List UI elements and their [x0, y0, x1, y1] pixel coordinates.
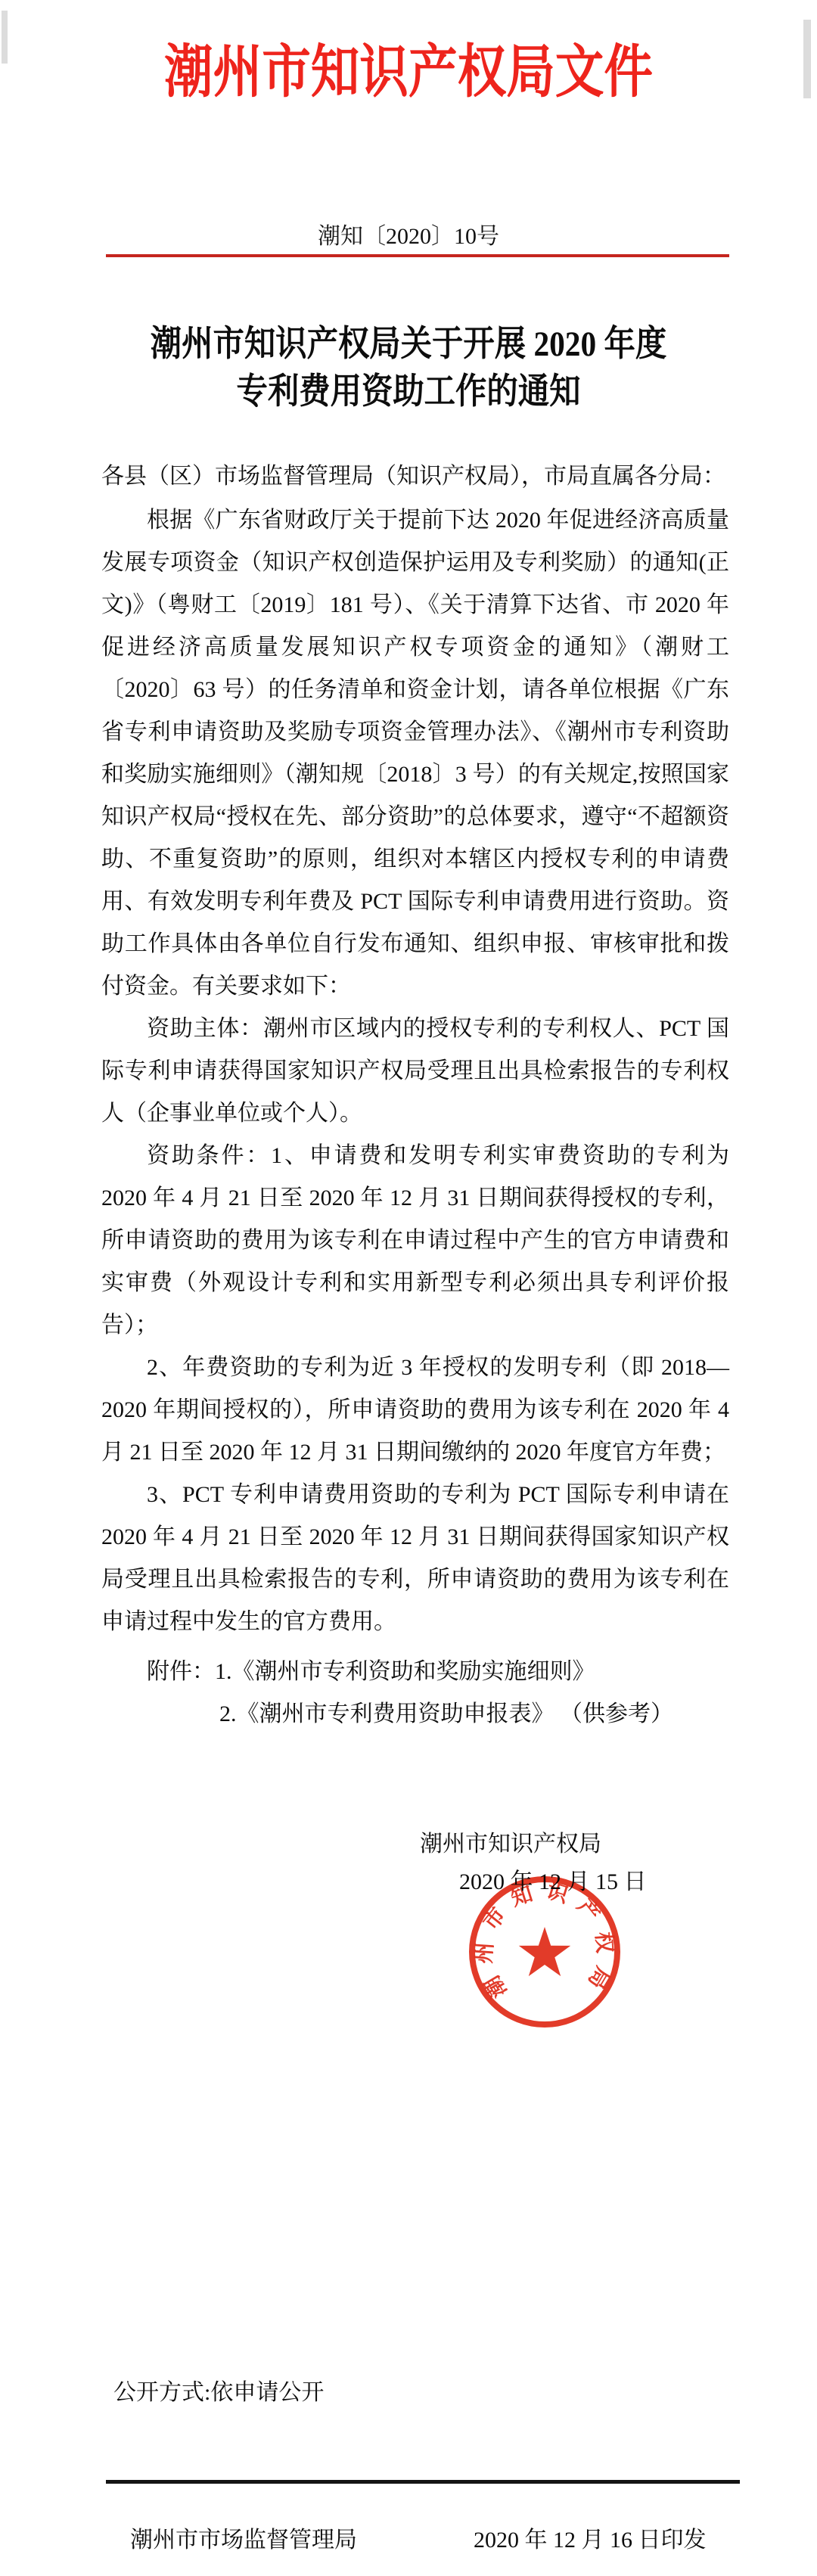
addressee-line: 各县（区）市场监督管理局（知识产权局），市局直属各分局：	[101, 461, 752, 492]
document-body: 根据《广东省财政厅关于提前下达 2020 年促进经济高质量发展专项资金（知识产权…	[101, 499, 729, 1643]
scan-artifact	[2, 11, 8, 64]
star-icon	[519, 1927, 570, 1976]
seal-graphic: 潮州市知识产权局	[467, 1874, 623, 2030]
official-seal-stamp: 潮州市知识产权局	[467, 1874, 623, 2030]
red-divider-rule	[106, 254, 729, 257]
signature-agency: 潮州市知识产权局	[420, 1829, 601, 1860]
scan-artifact	[803, 20, 811, 98]
document-title-line1: 潮州市知识产权局关于开展 2020 年度	[49, 321, 768, 368]
document-title: 潮州市知识产权局关于开展 2020 年度 专利费用资助工作的通知	[49, 321, 768, 416]
document-page: { "colors": { "masthead_red": "#ee241c",…	[0, 0, 817, 2576]
body-paragraph: 2、年费资助的专利为近 3 年授权的发明专利（即 2018—2020 年期间授权…	[101, 1347, 729, 1474]
body-paragraph: 资助主体：潮州市区域内的授权专利的专利权人、PCT 国际专利申请获得国家知识产权…	[101, 1008, 729, 1135]
document-title-line2: 专利费用资助工作的通知	[49, 368, 768, 416]
body-paragraph: 根据《广东省财政厅关于提前下达 2020 年促进经济高质量发展专项资金（知识产权…	[101, 499, 729, 1008]
body-paragraph: 资助条件：1、申请费和发明专利实审费资助的专利为 2020 年 4 月 21 日…	[101, 1135, 729, 1347]
doc-number: 潮知〔2020〕10号	[0, 223, 817, 250]
footer-print-date: 2020 年 12 月 16 日印发	[474, 2525, 707, 2556]
footer-issuer: 潮州市市场监督管理局	[130, 2525, 357, 2556]
disclosure-method: 公开方式:依申请公开	[113, 2378, 324, 2408]
masthead-title: 潮州市知识产权局文件	[61, 35, 756, 110]
attachment-line-1: 附件：1.《潮州市专利资助和奖励实施细则》	[147, 1657, 595, 1687]
footer-divider-rule	[106, 2480, 740, 2484]
attachment-line-2: 2.《潮州市专利费用资助申报表》 （供参考）	[219, 1699, 673, 1729]
body-paragraph: 3、PCT 专利申请费用资助的专利为 PCT 国际专利申请在 2020 年 4 …	[101, 1474, 729, 1643]
